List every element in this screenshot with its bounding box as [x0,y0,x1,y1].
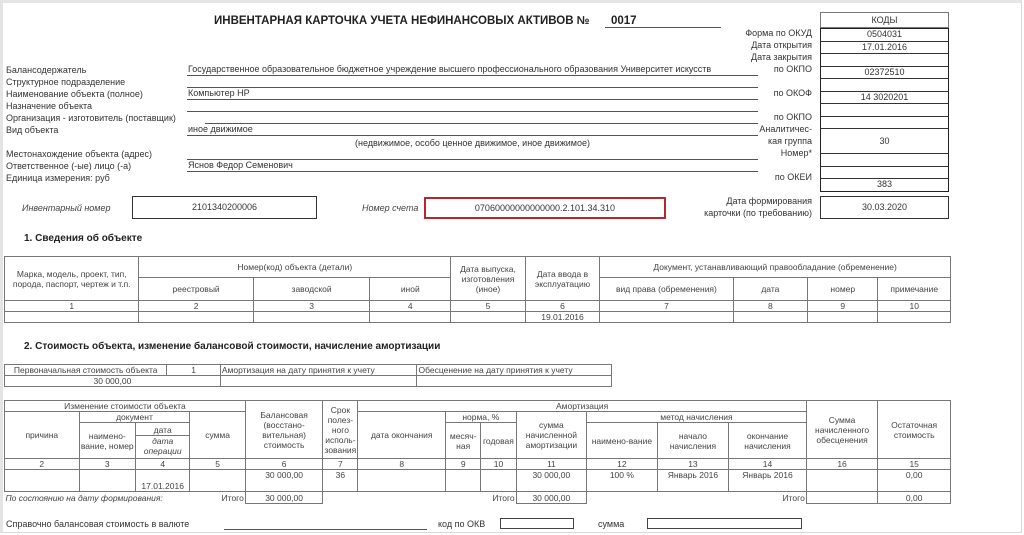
initial-cost-label: Первоначальная стоимость объекта [5,365,167,376]
currency-underline [224,529,427,530]
responsible-field: Яснов Федор Семенович [187,160,758,172]
col-num-8: 8 [733,301,808,312]
col-doc-name: наимено-вание, номер [79,423,135,459]
col-doc-group: Документ, устанавливающий правообладание… [600,257,951,278]
initial-cost-col: 1 [167,365,220,376]
col-reason: причина [5,412,80,459]
sum-label: сумма [598,519,624,529]
num-4: 4 [135,459,189,470]
num-15: 15 [878,459,951,470]
object-name-field: Компьютер HP [187,88,758,100]
total-label-3: Итого [729,492,807,504]
col-num-5: 5 [451,301,526,312]
cell-residual: 0,00 [878,470,951,492]
cell-accrued: 30 000,00 [516,470,587,492]
label-object-name: Наименование объекта (полное) [6,89,143,99]
totals-row: По состоянию на дату формирования: Итого… [5,492,951,504]
col-num-3: 3 [253,301,370,312]
col-document: документ [79,412,190,423]
code-okof: 14 3020201 [820,92,949,105]
as-of-label: По состоянию на дату формирования: [5,492,190,504]
purpose-field [187,100,758,112]
cell-balance: 30 000,00 [245,470,323,492]
object-type-hint: (недвижимое, особо ценное движимое, иное… [355,138,590,148]
cell-note [878,312,951,323]
cell-method-start: Январь 2016 [657,470,729,492]
col-useful-life: Срок полез-ного исполь-зования [323,401,358,459]
code-blank-2 [820,104,949,117]
holder-field: Государственное образовательное бюджетно… [187,64,758,76]
label-analytic-2: кая группа [768,136,812,146]
col-sum: сумма [190,412,245,459]
code-blank-3 [820,167,949,180]
col-accrued: сумма начисленной амортизации [516,412,587,459]
num-2: 2 [5,459,80,470]
col-method: метод начисления [587,412,807,423]
okv-field [500,518,574,529]
num-6: 6 [245,459,323,470]
col-num-4: 4 [370,301,451,312]
code-analytic-group: 30 [820,129,949,154]
num-13: 13 [657,459,729,470]
col-impairment: Сумма начисленного обесценения [806,401,878,459]
col-norm: норма, % [446,412,517,423]
column-numbers-row: 1 2 3 4 5 6 7 8 9 10 [5,301,951,312]
col-number-group: Номер(код) объекта (детали) [139,257,451,278]
col-monthly: месяч-ная [446,423,481,459]
col-brand: Марка, модель, проект, тип, порода, пасп… [5,257,139,301]
sum-field [647,518,802,529]
total-impairment [806,492,878,504]
label-formation-date-2: карточки (по требованию) [704,208,812,218]
inventory-number-box: 2101340200006 [132,196,317,219]
num-12: 12 [587,459,658,470]
cell-commission: 19.01.2016 [525,312,600,323]
label-close-date: Дата закрытия [751,52,812,62]
cell-right-type [600,312,733,323]
label-responsible: Ответственное (-ые) лицо (-а) [6,161,131,171]
label-analytic-1: Аналитичес- [759,124,812,134]
location-field [187,148,758,160]
col-doc-date: дата [136,425,189,436]
num-10: 10 [481,459,516,470]
cell-impairment [806,470,878,492]
table-row: 19.01.2016 [5,312,951,323]
code-okpo-2 [820,117,949,130]
col-yearly: годовая [481,423,516,459]
col-num: номер [808,278,878,301]
label-open-date: Дата открытия [751,40,812,50]
cell-factory [253,312,370,323]
col-balance: Балансовая (восстано-вительная) стоимост… [245,401,323,459]
num-14: 14 [729,459,807,470]
col-other: иной [370,278,451,301]
total-accrued: 30 000,00 [516,492,587,504]
label-subdivision: Структурное подразделение [6,77,125,87]
cell-date [733,312,808,323]
cell-end-date [358,470,446,492]
cell-brand [5,312,139,323]
col-num-6: 6 [525,301,600,312]
code-okei: 383 [820,179,949,192]
card-number: 0017 [605,15,721,28]
initial-cost-value: 30 000,00 [5,376,221,387]
label-manufacturer: Организация - изготовитель (поставщик) [6,113,176,123]
col-end-date: дата окончания [358,412,446,459]
cell-other [370,312,451,323]
label-object-type: Вид объекта [6,125,58,135]
section-1-title: 1. Сведения об объекте [24,233,142,244]
initial-cost-table: Первоначальная стоимость объекта 1 Аморт… [4,364,612,387]
col-right-type: вид права (обременения) [600,278,733,301]
amort-on-accept-value [220,376,417,387]
amortization-table: Изменение стоимости объекта Балансовая (… [4,400,951,504]
section-2-title: 2. Стоимость объекта, изменение балансов… [24,341,440,352]
col-registry: реестровый [139,278,253,301]
code-okpo: 02372510 [820,67,949,80]
col-num-9: 9 [808,301,878,312]
cell-yearly [481,470,516,492]
num-7: 7 [323,459,358,470]
subdivision-field [187,76,758,88]
col-method-end: окончание начисления [729,423,807,459]
num-9: 9 [446,459,481,470]
label-okpo: по ОКПО [774,64,812,74]
table-row: 17.01.2016 30 000,00 36 30 000,00 100 % … [5,470,951,492]
code-okud: 0504031 [820,28,949,42]
label-location: Местонахождение объекта (адрес) [6,149,152,159]
col-num-1: 1 [5,301,139,312]
object-type-field: иное движимое [187,124,758,136]
cell-method-name: 100 % [587,470,658,492]
label-okpo-2: по ОКПО [774,112,812,122]
cell-method-end: Январь 2016 [729,470,807,492]
total-label-1: Итого [190,492,245,504]
col-num-7: 7 [600,301,733,312]
label-inventory-number: Инвентарный номер [22,203,110,213]
label-account-number: Номер счета [362,203,418,213]
label-purpose: Назначение объекта [6,101,92,111]
label-okei: по ОКЕИ [775,172,812,182]
page-title: ИНВЕНТАРНАЯ КАРТОЧКА УЧЕТА НЕФИНАНСОВЫХ … [214,15,590,27]
cell-release [451,312,526,323]
label-number: Номер* [781,148,812,158]
col-method-name: наимено-вание [587,423,658,459]
cell-reason [5,470,80,492]
code-blank-1 [820,79,949,92]
col-method-start: начало начисления [657,423,729,459]
code-close-date [820,54,949,67]
cell-useful-life: 36 [323,470,358,492]
total-residual: 0,00 [878,492,951,504]
num-8: 8 [358,459,446,470]
col-note: примечание [878,278,951,301]
num-3: 3 [79,459,135,470]
label-formation-date-1: Дата формирования [726,196,812,206]
code-number [820,154,949,167]
codes-block: КОДЫ 0504031 17.01.2016 02372510 14 3020… [820,12,949,192]
impair-on-accept-label: Обесценение на дату принятия к учету [417,365,612,376]
currency-label: Справочно балансовая стоимость в валюте [6,519,189,529]
amort-on-accept-label: Амортизация на дату принятия к учету [220,365,417,376]
label-unit: Единица измерения: руб [6,173,110,183]
num-11: 11 [516,459,587,470]
account-number-box: 07060000000000000.2.101.34.310 [424,197,666,219]
object-info-table: Марка, модель, проект, тип, порода, пасп… [4,256,951,323]
total-balance: 30 000,00 [245,492,323,504]
label-holder: Балансодержатель [6,65,86,75]
formation-date-box: 30.03.2020 [820,196,949,219]
num-5: 5 [190,459,245,470]
column-numbers-row-2: 2 3 4 5 6 7 8 9 10 11 12 13 14 16 15 [5,459,951,470]
col-change-group: Изменение стоимости объекта [5,401,246,412]
col-residual: Остаточная стоимость [878,401,951,459]
col-amort-group: Амортизация [358,401,806,412]
cell-sum [190,470,245,492]
col-op-date: дата операции [136,436,189,456]
label-okud: Форма по ОКУД [745,28,812,38]
cell-op-date: 17.01.2016 [135,470,189,492]
col-commission-date: Дата ввода в эксплуатацию [525,257,600,301]
col-num-2: 2 [139,301,253,312]
code-open-date: 17.01.2016 [820,42,949,55]
manufacturer-field [205,112,758,124]
okv-label: код по ОКВ [438,519,485,529]
col-factory: заводской [253,278,370,301]
num-16: 16 [806,459,878,470]
cell-registry [139,312,253,323]
col-date: дата [733,278,808,301]
cell-doc-name [79,470,135,492]
cell-num [808,312,878,323]
col-num-10: 10 [878,301,951,312]
col-release-date: Дата выпуска, изготовления (иное) [451,257,526,301]
total-label-2: Итого [481,492,516,504]
label-okof: по ОКОФ [774,88,812,98]
codes-header: КОДЫ [820,12,949,28]
cell-monthly [446,470,481,492]
impair-on-accept-value [417,376,612,387]
